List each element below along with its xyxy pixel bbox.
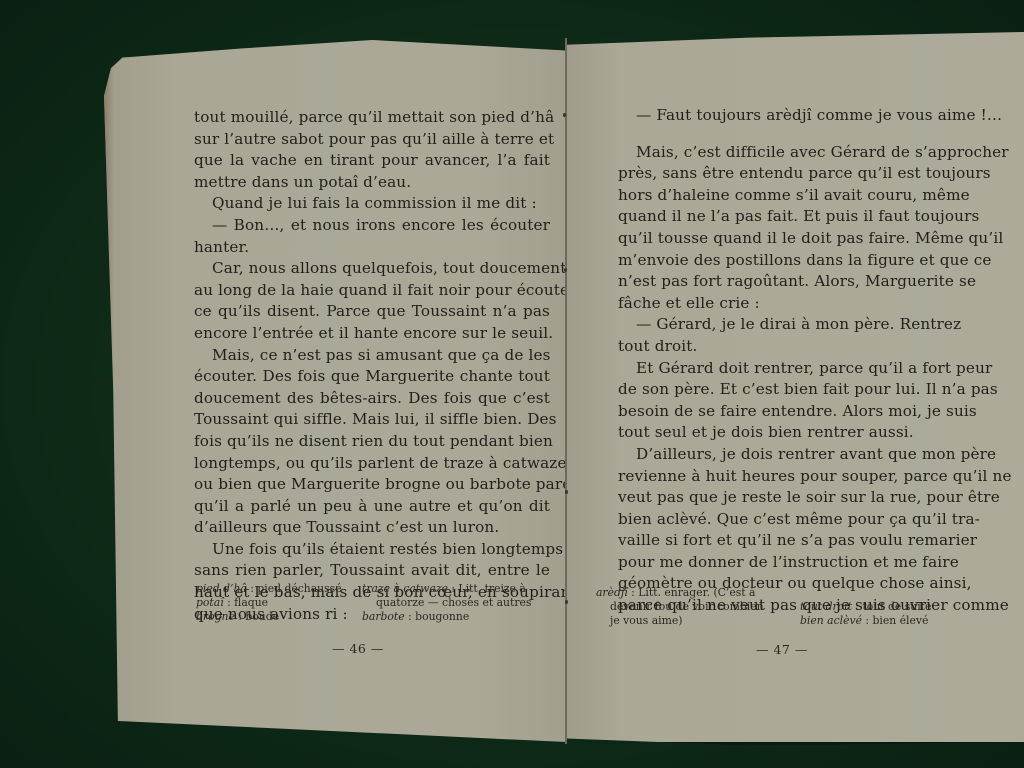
text-line: vaille si fort et qu’il ne s’a pas voulu… (618, 530, 958, 552)
text-line: revienne à huit heures pour souper, parc… (618, 466, 958, 488)
text-line: Et Gérard doit rentrer, parce qu’il a fo… (618, 358, 958, 380)
left-page-footnotes: pied d’hâ : pied déchaussépotaî : flaque… (196, 582, 552, 628)
text-line: ce qu’ils disent. Parce que Toussaint n’… (194, 301, 550, 323)
text-line: quand il ne l’a pas fait. Et puis il fau… (618, 206, 958, 228)
binding-thread-mark (563, 113, 566, 117)
footnote-definition: : bien élevé (862, 614, 928, 627)
right-footnotes-col1: arèdjî : Litt. enrager. (C’est àdevenir … (596, 586, 764, 628)
text-line: tout mouillé, parce qu’il mettait son pi… (194, 107, 550, 129)
footnote-entry: bien aclèvé : bien élevé (800, 614, 931, 628)
footnote-entry: barbote : bougonne (362, 610, 531, 624)
text-line: sans rien parler, Toussaint avait dit, e… (194, 560, 550, 582)
text-line: besoin de se faire entendre. Alors moi, … (618, 401, 958, 423)
text-line: encore l’entrée et il hante encore sur l… (194, 323, 550, 345)
footnote-term: brogne (196, 610, 235, 623)
text-line: fâche et elle crie : (618, 293, 958, 315)
text-line: tout seul et je dois bien rentrer aussi. (618, 422, 958, 444)
text-line: longtemps, ou qu’ils parlent de traze à … (194, 453, 550, 475)
text-line: doucement des bêtes-airs. Des fois que c… (194, 388, 550, 410)
text-line: ou bien que Marguerite brogne ou barbote… (194, 474, 550, 496)
footnote-term: potaî (196, 596, 224, 609)
right-page: — Faut toujours arèdjî comme je vous aim… (566, 32, 1024, 742)
text-line: sur l’autre sabot pour pas qu’il aille à… (194, 129, 550, 151)
text-line: n’est pas fort ragoûtant. Alors, Marguer… (618, 271, 958, 293)
footnote-term: pied d’hâ (196, 582, 247, 595)
footnote-entry: brogne : boude (196, 610, 342, 624)
text-line: près, sans être entendu parce qu’il est … (618, 163, 958, 185)
footnote-entry: devenir fou de voir combien (596, 600, 764, 614)
footnote-definition: quatorze — choses et autres (376, 596, 531, 609)
binding-thread-mark (565, 600, 568, 604)
left-page-body: tout mouillé, parce qu’il mettait son pi… (194, 107, 550, 625)
text-line: — Bon…, et nous irons encore les écouter (194, 215, 550, 237)
text-line: D’ailleurs, je dois rentrer avant que mo… (618, 444, 958, 466)
footnote-definition: : Litt. treize à (448, 582, 526, 595)
footnote-entry: arèdjî : Litt. enrager. (C’est à (596, 586, 764, 600)
right-page-footnotes: arèdjî : Litt. enrager. (C’est àdevenir … (596, 586, 996, 632)
footnote-definition: : boude (235, 610, 279, 623)
footnote-entry: tout droit : tout de suite (800, 600, 931, 614)
text-line: Mais, c’est difficile avec Gérard de s’a… (618, 142, 958, 164)
text-line: Toussaint qui siffle. Mais lui, il siffl… (194, 409, 550, 431)
left-footnotes-col1: pied d’hâ : pied déchaussépotaî : flaque… (196, 582, 342, 624)
footnote-definition: : pied déchaussé (247, 582, 342, 595)
text-line: qu’il tousse quand il le doit pas faire.… (618, 228, 958, 250)
footnote-definition: : flaque (224, 596, 268, 609)
text-line: Car, nous allons quelquefois, tout douce… (194, 258, 550, 280)
page-number-47: — 47 — (756, 642, 808, 657)
text-line: de son père. Et c’est bien fait pour lui… (618, 379, 958, 401)
text-line: mettre dans un potaî d’eau. (194, 172, 550, 194)
text-line: fois qu’ils ne disent rien du tout penda… (194, 431, 550, 453)
text-line: bien aclèvé. Que c’est même pour ça qu’i… (618, 509, 958, 531)
footnote-term: barbote (362, 610, 405, 623)
footnote-definition: : Litt. enrager. (C’est à (628, 586, 756, 599)
left-footnotes-col2: traze à catwaze : Litt. treize àquatorze… (362, 582, 531, 624)
text-line: — Gérard, je le dirai à mon père. Rentre… (618, 314, 958, 336)
footnote-entry: pied d’hâ : pied déchaussé (196, 582, 342, 596)
text-line: d’ailleurs que Toussaint c’est un luron. (194, 517, 550, 539)
binding-thread-mark (565, 490, 568, 494)
right-page-body: — Faut toujours arèdjî comme je vous aim… (618, 105, 958, 617)
binding-thread-mark (564, 268, 567, 272)
text-line: écouter. Des fois que Marguerite chante … (194, 366, 550, 388)
text-line: pour me donner de l’instruction et me fa… (618, 552, 958, 574)
footnote-entry: potaî : flaque (196, 596, 342, 610)
text-line: m’envoie des postillons dans la figure e… (618, 250, 958, 272)
footnote-term: tout droit (800, 600, 852, 613)
text-line: qu’il a parlé un peu à une autre et qu’o… (194, 496, 550, 518)
footnote-entry: quatorze — choses et autres (362, 596, 531, 610)
footnote-entry: je vous aime) (596, 614, 764, 628)
text-line: tout droit. (618, 336, 958, 358)
footnote-definition: : bougonne (405, 610, 470, 623)
right-footnotes-col2: tout droit : tout de suitebien aclèvé : … (800, 600, 931, 628)
text-line: Quand je lui fais la commission il me di… (194, 193, 550, 215)
text-line: hanter. (194, 237, 550, 259)
text-line: Une fois qu’ils étaient restés bien long… (194, 539, 550, 561)
book-gutter (565, 38, 567, 744)
footnote-entry: traze à catwaze : Litt. treize à (362, 582, 531, 596)
footnote-definition: devenir fou de voir combien (610, 600, 764, 613)
footnote-term: bien aclèvé (800, 614, 862, 627)
text-line: hors d’haleine comme s’il avait couru, m… (618, 185, 958, 207)
text-line: au long de la haie quand il fait noir po… (194, 280, 550, 302)
text-line: veut pas que je reste le soir sur la rue… (618, 487, 958, 509)
text-line: — Faut toujours arèdjî comme je vous aim… (618, 105, 958, 127)
footnote-definition: je vous aime) (610, 614, 682, 627)
footnote-term: arèdjî (596, 586, 628, 599)
text-line: Mais, ce n’est pas si amusant que ça de … (194, 345, 550, 367)
left-page: tout mouillé, parce qu’il mettait son pi… (104, 40, 566, 742)
open-book: tout mouillé, parce qu’il mettait son pi… (0, 0, 1024, 768)
page-number-46: — 46 — (332, 641, 384, 656)
text-line: que la vache en tirant pour avancer, l’a… (194, 150, 550, 172)
footnote-term: traze à catwaze (362, 582, 448, 595)
footnote-definition: : tout de suite (852, 600, 931, 613)
